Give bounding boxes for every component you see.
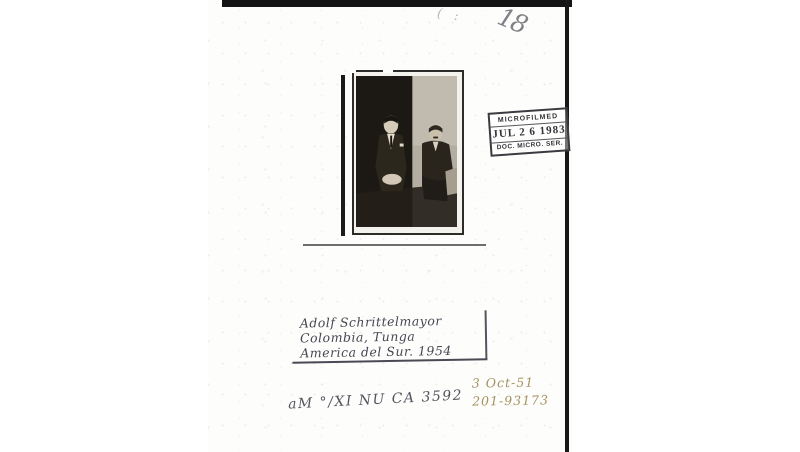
photo-right-man-mustache: [433, 137, 438, 139]
frame-border-gap: [383, 68, 393, 73]
frame-border-gap: [350, 68, 356, 73]
scan-edge-top-bar: [222, 0, 572, 7]
caption-region-date-line: America del Sur. 1954: [300, 342, 479, 360]
photo-underline-rule: [303, 244, 486, 246]
handwritten-date: 3 Oct-51: [472, 373, 549, 392]
photo-left-man-pocket-square: [400, 144, 404, 147]
handwritten-file-number: 201-93173: [472, 391, 549, 410]
two-men-photograph: [356, 76, 457, 227]
photo-left-man-tie: [390, 136, 392, 148]
photograph-frame: [352, 70, 464, 235]
scanned-document-page: 18 ( :: [0, 0, 800, 452]
handwritten-caption: Adolf Schrittelmayor Colombia, Tunga Ame…: [292, 310, 488, 363]
microfilmed-stamp: MICROFILMED JUL 2 6 1983 DOC. MICRO. SER…: [488, 107, 571, 156]
photo-left-man-hands: [382, 174, 401, 185]
photo-chair-arm: [445, 167, 457, 195]
handwritten-date-and-file: 3 Oct-51 201-93173: [472, 373, 549, 410]
photo-left-edge-bar: [341, 75, 345, 236]
scan-edge-right-line: [565, 0, 569, 452]
